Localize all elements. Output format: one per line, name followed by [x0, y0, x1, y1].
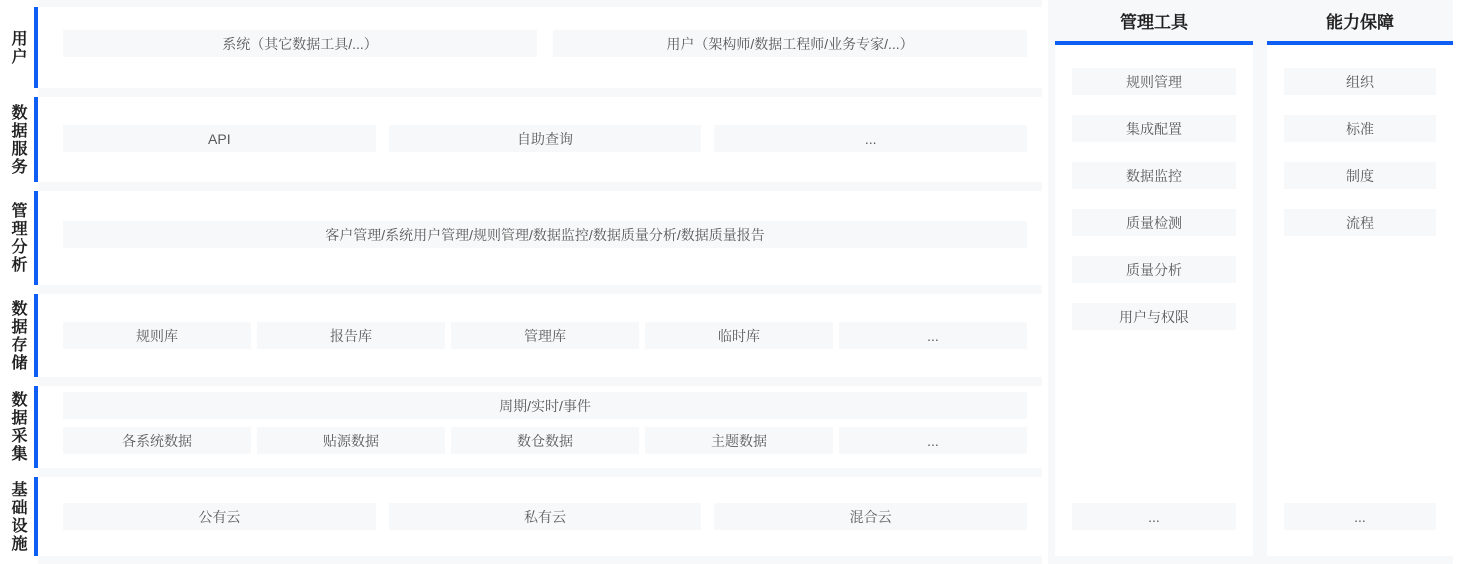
- layer-rail-management-analysis: 管理分析: [0, 191, 38, 285]
- box-rule-db: 规则库: [63, 322, 251, 349]
- item-users-permissions: 用户与权限: [1072, 303, 1236, 330]
- panel-capability-assurance: 能力保障 组织 标准 制度 流程 ...: [1267, 0, 1453, 564]
- box-collection-more: ...: [839, 427, 1027, 454]
- layer-rail-data-storage: 数据存储: [0, 294, 38, 377]
- box-system-tools: 系统（其它数据工具/...）: [63, 30, 537, 57]
- layer-rail-data-services: 数据服务: [0, 97, 38, 182]
- box-public-cloud: 公有云: [63, 503, 376, 530]
- box-api: API: [63, 125, 376, 152]
- panel-management-tools: 管理工具 规则管理 集成配置 数据监控 质量检测 质量分析 用户与权限 ...: [1055, 0, 1253, 564]
- item-standards: 标准: [1284, 115, 1436, 142]
- layer-label-management-analysis: 管理分析: [0, 202, 34, 274]
- box-report-db: 报告库: [257, 322, 445, 349]
- layer-panel-management-analysis: 客户管理/系统用户管理/规则管理/数据监控/数据质量分析/数据质量报告: [38, 191, 1042, 285]
- item-data-monitoring: 数据监控: [1072, 162, 1236, 189]
- item-integration-config: 集成配置: [1072, 115, 1236, 142]
- layer-panel-data-collection: 周期/实时/事件 各系统数据 贴源数据 数仓数据 主题数据 ...: [38, 386, 1042, 468]
- panel-title-management-tools: 管理工具: [1055, 8, 1253, 33]
- box-temp-db: 临时库: [645, 322, 833, 349]
- layer-panel-data-storage: 规则库 报告库 管理库 临时库 ...: [38, 294, 1042, 377]
- layer-label-data-storage: 数据存储: [0, 300, 34, 372]
- item-rule-management: 规则管理: [1072, 68, 1236, 95]
- box-self-service-query: 自助查询: [389, 125, 702, 152]
- box-management-functions: 客户管理/系统用户管理/规则管理/数据监控/数据质量分析/数据质量报告: [63, 221, 1027, 248]
- item-processes: 流程: [1284, 209, 1436, 236]
- box-hybrid-cloud: 混合云: [714, 503, 1027, 530]
- item-quality-analysis: 质量分析: [1072, 256, 1236, 283]
- layer-label-users: 用户: [0, 30, 34, 66]
- layer-rail-infrastructure: 基础设施: [0, 477, 38, 556]
- panel-title-capability-assurance: 能力保障: [1267, 8, 1453, 33]
- layer-panel-users: 系统（其它数据工具/...） 用户（架构师/数据工程师/业务专家/...）: [38, 7, 1042, 88]
- layer-panel-data-services: API 自助查询 ...: [38, 97, 1042, 182]
- item-quality-check: 质量检测: [1072, 209, 1236, 236]
- layer-panel-infrastructure: 公有云 私有云 混合云: [38, 477, 1042, 556]
- layer-rail-data-collection: 数据采集: [0, 386, 38, 468]
- panel-body-capability-assurance: 组织 标准 制度 流程 ...: [1267, 45, 1453, 556]
- item-capability-more: ...: [1284, 503, 1436, 530]
- box-management-db: 管理库: [451, 322, 639, 349]
- item-policies: 制度: [1284, 162, 1436, 189]
- box-storage-more: ...: [839, 322, 1027, 349]
- box-source-data: 贴源数据: [257, 427, 445, 454]
- item-tools-more: ...: [1072, 503, 1236, 530]
- data-quality-architecture-diagram: 用户 数据服务 管理分析 数据存储 数据采集 基础设施 系统（其它数据工具/..…: [0, 0, 1460, 564]
- layer-label-data-services: 数据服务: [0, 104, 34, 176]
- box-system-data: 各系统数据: [63, 427, 251, 454]
- layer-label-data-collection: 数据采集: [0, 391, 34, 463]
- box-user-roles: 用户（架构师/数据工程师/业务专家/...）: [553, 30, 1027, 57]
- layer-rail-users: 用户: [0, 7, 38, 88]
- box-schedule-mode: 周期/实时/事件: [63, 392, 1027, 419]
- panel-body-management-tools: 规则管理 集成配置 数据监控 质量检测 质量分析 用户与权限 ...: [1055, 45, 1253, 556]
- layer-label-infrastructure: 基础设施: [0, 481, 34, 553]
- item-organization: 组织: [1284, 68, 1436, 95]
- box-subject-data: 主题数据: [645, 427, 833, 454]
- box-services-more: ...: [714, 125, 1027, 152]
- box-private-cloud: 私有云: [389, 503, 702, 530]
- box-warehouse-data: 数仓数据: [451, 427, 639, 454]
